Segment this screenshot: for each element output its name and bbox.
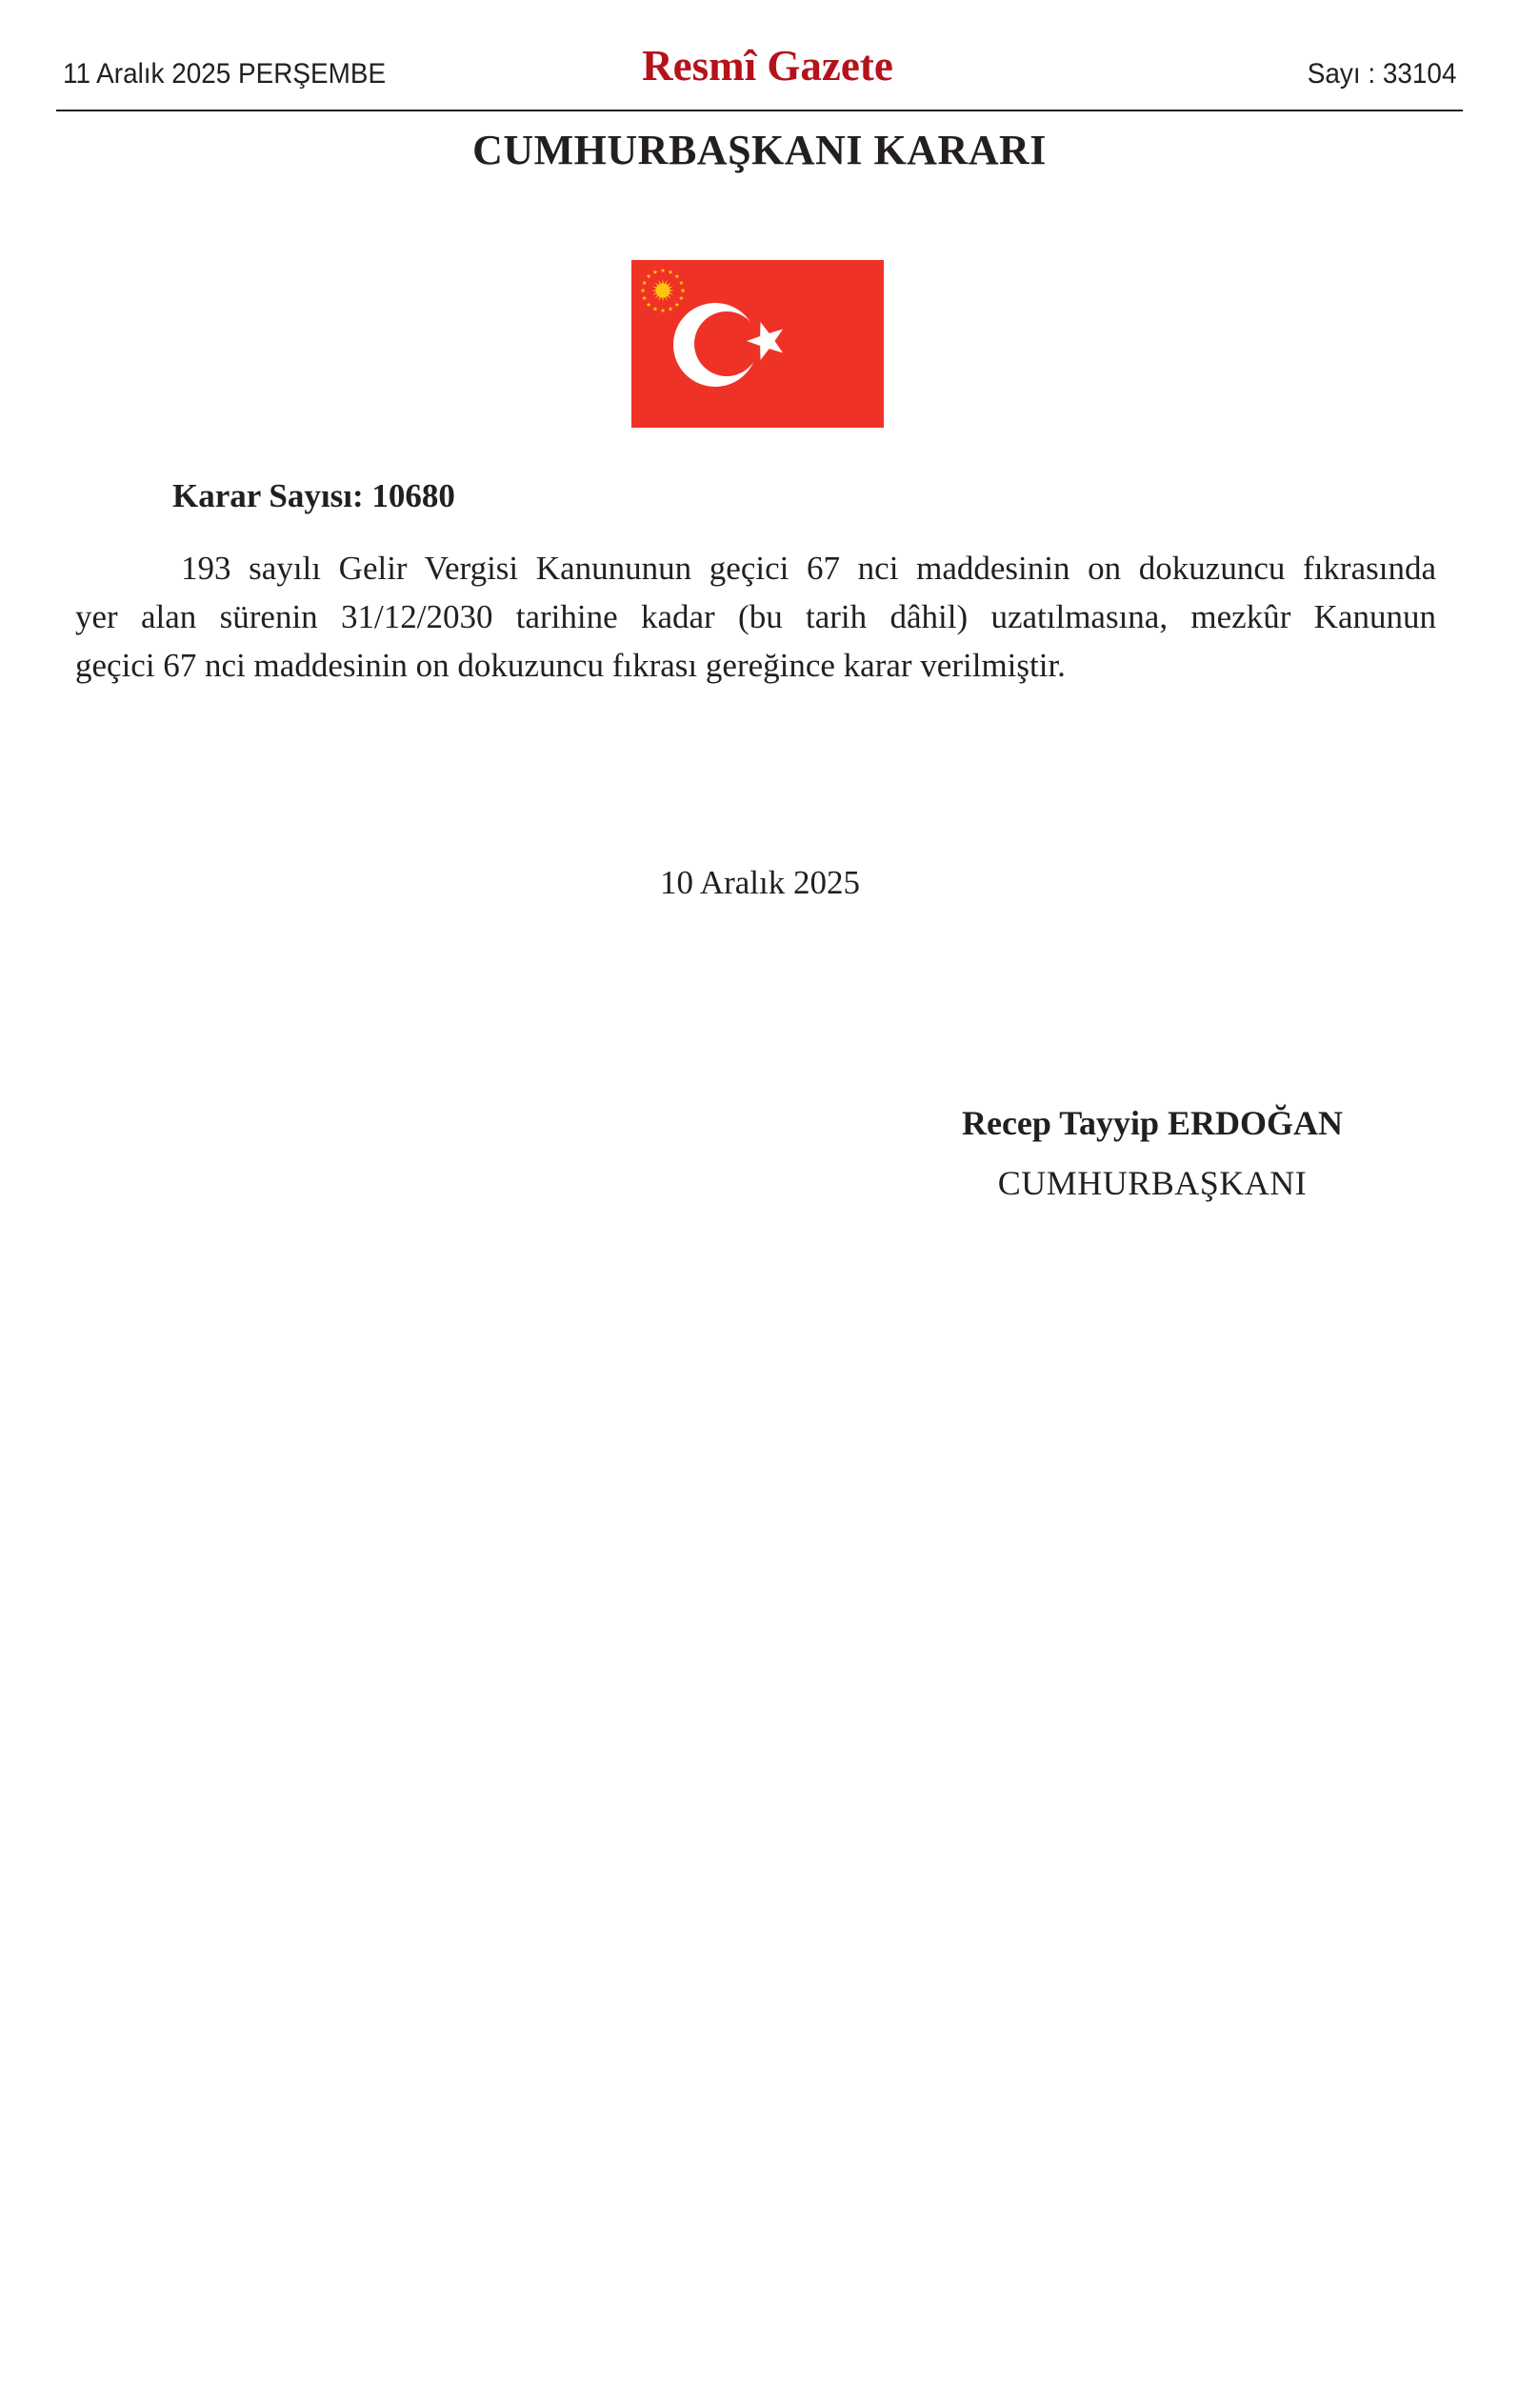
issue-number: Sayı : 33104 <box>1307 60 1456 89</box>
decision-date: 10 Aralık 2025 <box>0 866 1519 899</box>
document-title: CUMHURBAŞKANI KARARI <box>0 130 1519 171</box>
signatory-title: CUMHURBAŞKANI <box>946 1166 1359 1200</box>
header-divider <box>56 110 1463 111</box>
body-line: geçici 67 nci maddesinin on dokuzuncu fı… <box>75 641 1436 690</box>
presidential-flag-icon <box>631 260 884 428</box>
signatory-name: Recep Tayyip ERDOĞAN <box>946 1106 1359 1140</box>
body-line: yer alan sürenin 31/12/2030 tarihine kad… <box>75 592 1436 641</box>
decision-number: Karar Sayısı: 10680 <box>172 479 455 512</box>
body-line: 193 sayılı Gelir Vergisi Kanununun geçic… <box>75 544 1436 592</box>
publication-title: Resmî Gazete <box>0 45 1519 88</box>
decision-body: 193 sayılı Gelir Vergisi Kanununun geçic… <box>75 544 1436 690</box>
